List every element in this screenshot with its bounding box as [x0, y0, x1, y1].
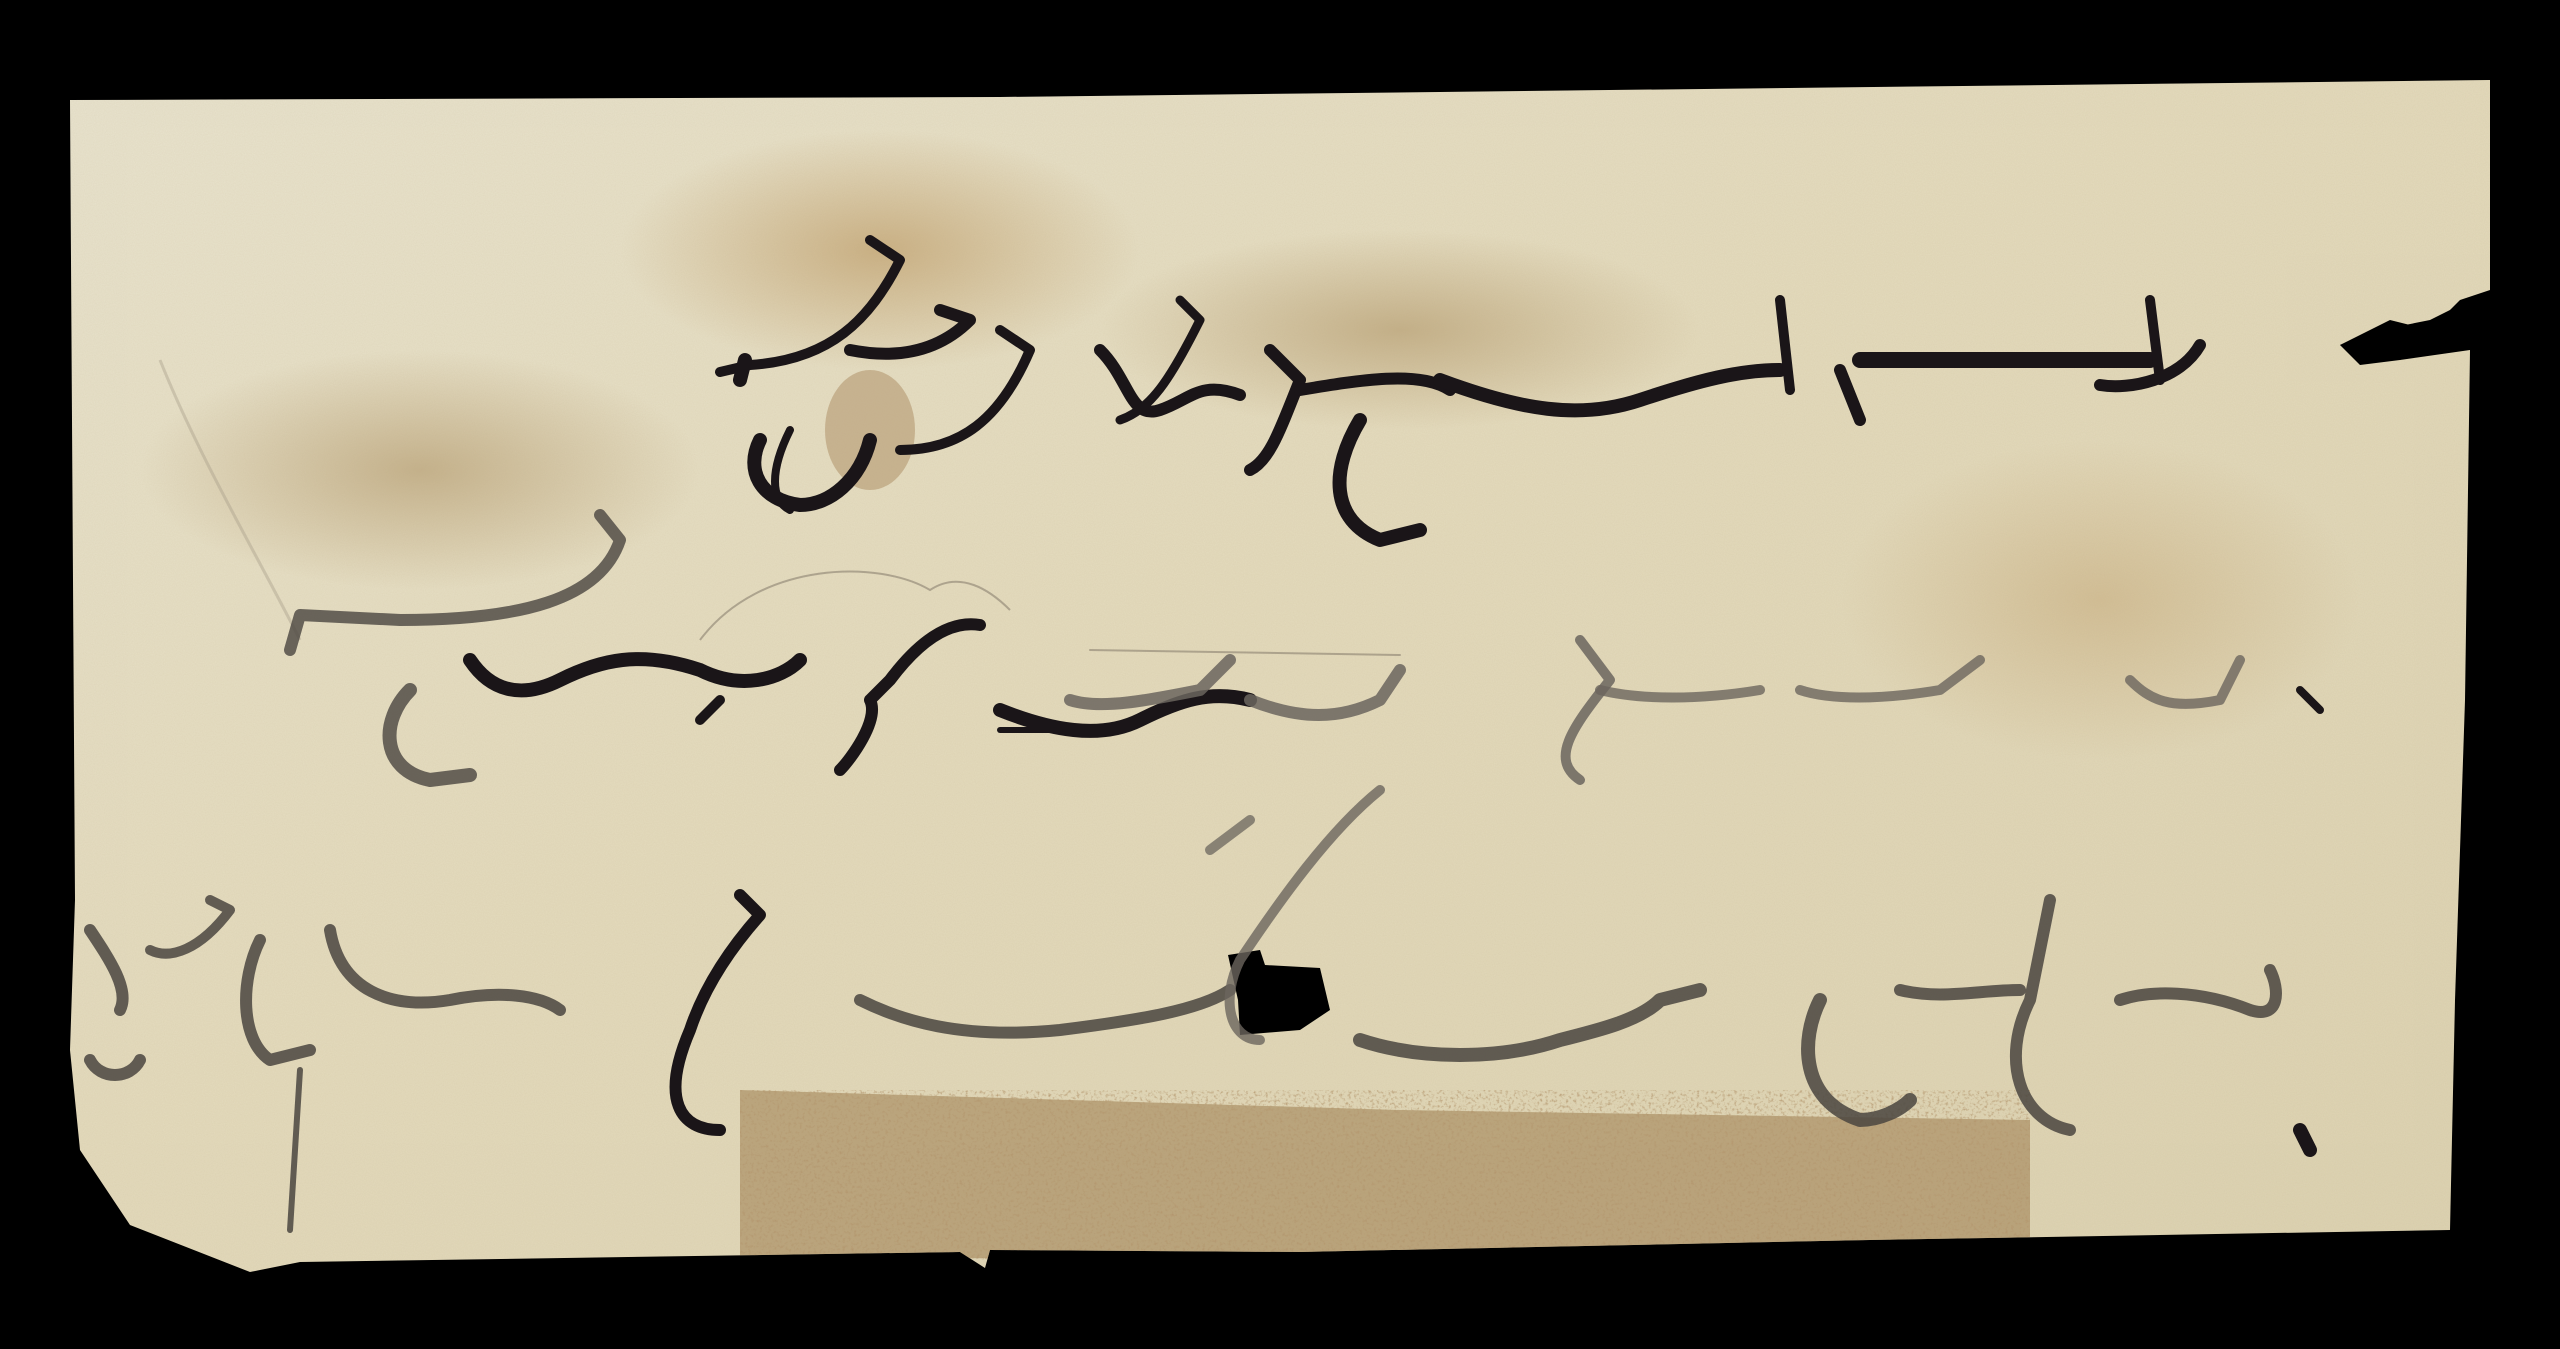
paper [0, 0, 2560, 1349]
sheet-illustration [0, 0, 2560, 1349]
calligraphy-sheet-photo [0, 0, 2560, 1349]
